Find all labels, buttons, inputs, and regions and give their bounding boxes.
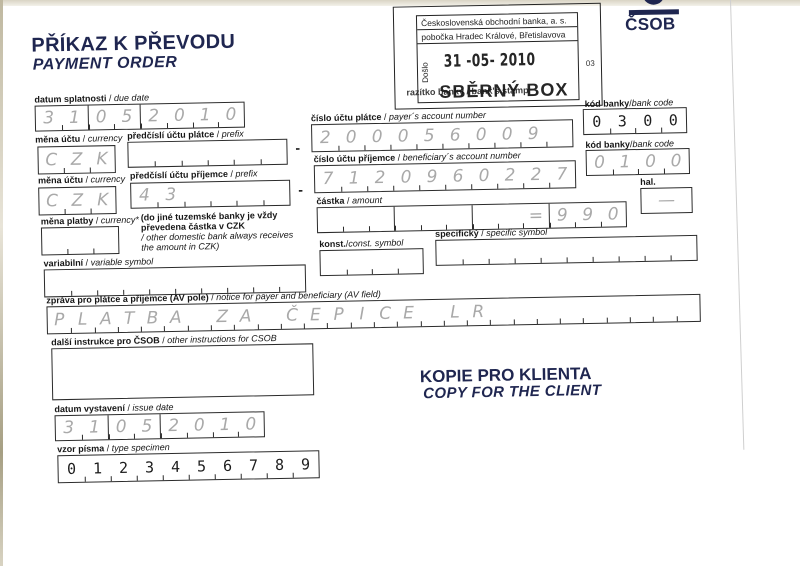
- digit-cell: B: [141, 305, 165, 331]
- digit-cell: 6: [445, 163, 471, 189]
- digit-cell: 3: [609, 109, 635, 133]
- digit-cell: 0: [471, 163, 497, 189]
- digit-value: E: [310, 305, 321, 325]
- digit-cell: 5: [416, 123, 442, 149]
- digit-cell: [210, 182, 237, 207]
- digit-value: Z: [216, 307, 228, 327]
- digit-value: 0: [592, 113, 601, 131]
- digit-cell: 0: [338, 124, 364, 150]
- digit-cell: 9: [292, 451, 318, 477]
- digit-value: I: [359, 304, 364, 324]
- digit-cell: [260, 140, 287, 165]
- digit-cell: 8: [266, 452, 292, 478]
- payer-bank-code-field[interactable]: 0300: [583, 107, 687, 135]
- other-instructions-value: [52, 349, 53, 399]
- digit-cell: L: [443, 299, 467, 325]
- digit-cell: [471, 205, 498, 230]
- digit-cell: K: [90, 187, 116, 213]
- variable-symbol-label: variabilní / variable symbol: [44, 256, 154, 268]
- digit-cell: 3: [56, 416, 82, 440]
- digit-cell: 0: [663, 149, 689, 173]
- digit-cell: [670, 236, 696, 260]
- digit-cell: P: [47, 307, 71, 333]
- digit-cell: 1: [61, 106, 87, 130]
- digit-cell: [566, 238, 592, 262]
- digit-cell: C: [38, 147, 64, 173]
- digit-value: 4: [139, 185, 150, 205]
- payment-currency-label: měna platby / currency*: [41, 215, 139, 227]
- digit-value: 5: [141, 416, 152, 436]
- digit-cell: [540, 238, 566, 262]
- digit-value: 7: [249, 456, 258, 474]
- digit-cell: 5: [134, 414, 160, 438]
- stamp-number: 03: [586, 59, 595, 68]
- digit-cell: 2: [523, 162, 549, 188]
- beneficiary-currency-label: měna účtu / currency: [38, 174, 125, 186]
- digit-value: B: [146, 308, 158, 328]
- digit-cell: [368, 207, 394, 231]
- digit-value: 3: [63, 418, 74, 438]
- digit-cell: 0: [186, 413, 212, 437]
- payer-currency-field[interactable]: CZK: [37, 145, 116, 174]
- digit-value: 0: [96, 107, 107, 127]
- form-title-cz: PŘÍKAZ K PŘEVODU: [31, 31, 235, 58]
- digit-value: 0: [174, 106, 185, 126]
- form-title-en: PAYMENT ORDER: [33, 54, 178, 75]
- beneficiary-prefix-field[interactable]: 43: [130, 180, 290, 209]
- digit-cell: 0: [660, 108, 686, 132]
- digit-cell: 0: [58, 456, 84, 482]
- digit-cell: [397, 249, 423, 273]
- digit-value: =: [529, 206, 544, 226]
- digit-cell: [629, 296, 653, 322]
- digit-value: 1: [220, 415, 231, 435]
- digit-cell: [187, 304, 211, 330]
- digit-cell: [606, 296, 630, 322]
- digit-value: 0: [643, 112, 652, 130]
- other-instructions-field[interactable]: [51, 343, 314, 400]
- digit-value: 9: [301, 455, 310, 473]
- digit-cell: [93, 227, 119, 253]
- digit-cell: 6: [442, 122, 468, 148]
- digit-value: 3: [145, 458, 154, 476]
- digit-cell: P: [327, 302, 351, 328]
- payment-currency-field[interactable]: [41, 226, 120, 255]
- digit-cell: 4: [131, 183, 158, 208]
- payment-order-form: PŘÍKAZ K PŘEVODU PAYMENT ORDER Českoslov…: [0, 0, 800, 566]
- digit-value: 0: [194, 415, 205, 435]
- digit-value: R: [472, 302, 484, 322]
- digit-cell: [201, 267, 227, 293]
- cents-field[interactable]: —: [640, 187, 692, 214]
- payer-currency-label: měna účtu / currency: [35, 133, 122, 145]
- constant-symbol-label: konst./const. symbol: [319, 238, 403, 250]
- digit-value: C: [45, 150, 57, 170]
- digit-cell: [488, 239, 514, 263]
- digit-cell: A: [164, 305, 188, 331]
- digit-cell: 0: [364, 124, 390, 150]
- digit-cell: [676, 295, 700, 321]
- digit-cell: 0: [638, 150, 664, 174]
- digit-cell: Č: [280, 302, 304, 328]
- digit-cell: 5: [188, 453, 214, 479]
- digit-cell: [318, 208, 344, 232]
- digit-cell: [513, 298, 537, 324]
- digit-value: 2: [168, 416, 179, 436]
- digit-value: A: [240, 306, 252, 326]
- digit-value: 1: [619, 152, 630, 172]
- digit-cell: 2: [140, 104, 167, 129]
- digit-value: A: [170, 308, 182, 328]
- digit-cell: [462, 240, 488, 264]
- digit-cell: 0: [635, 109, 661, 133]
- digit-cell: 1: [81, 415, 107, 439]
- digit-cell: 6: [214, 453, 240, 479]
- digit-value: 9: [528, 124, 539, 144]
- digit-cell: [71, 269, 97, 295]
- digit-value: 0: [67, 460, 76, 478]
- beneficiary-account-field[interactable]: 7120960227: [314, 160, 576, 193]
- digit-cell: [536, 298, 560, 324]
- digit-cell: [490, 298, 514, 324]
- digit-value: 0: [476, 125, 487, 145]
- digit-value: K: [96, 149, 108, 169]
- digit-cell: L: [71, 306, 95, 332]
- digit-value: Č: [286, 306, 298, 326]
- digit-value: 2: [119, 459, 128, 477]
- digit-value: 5: [424, 126, 435, 146]
- digit-value: K: [97, 190, 109, 210]
- digit-value: P: [54, 310, 65, 330]
- digit-cell: [184, 182, 211, 207]
- digit-cell: 0: [584, 110, 610, 134]
- digit-cell: 9: [575, 203, 601, 227]
- digit-cell: [546, 120, 572, 146]
- digit-cell: 0: [218, 103, 244, 127]
- digit-cell: 1: [192, 103, 218, 127]
- digit-value: 0: [608, 204, 619, 224]
- digit-cell: 1: [612, 150, 638, 174]
- digit-value: 0: [116, 417, 127, 437]
- digit-value: 2: [504, 165, 515, 185]
- digit-cell: [227, 266, 253, 292]
- digit-cell: [592, 237, 618, 261]
- digit-value: 7: [556, 164, 567, 184]
- digit-cell: 2: [160, 414, 187, 439]
- digit-cell: Z: [210, 304, 234, 330]
- digit-cell: 0: [393, 164, 419, 190]
- copy-label-en: COPY FOR THE CLIENT: [423, 382, 601, 402]
- digit-cell: [514, 239, 540, 263]
- digit-cell: 1: [212, 413, 238, 437]
- digit-value: 0: [400, 167, 411, 187]
- digit-cell: [644, 236, 670, 260]
- digit-cell: [279, 265, 305, 291]
- digit-value: 5: [197, 457, 206, 475]
- digit-cell: [420, 206, 446, 230]
- digit-cell: [45, 270, 71, 296]
- digit-cell: [420, 300, 444, 326]
- digit-cell: [155, 142, 182, 167]
- digit-cell: 0: [390, 123, 416, 149]
- digit-cell: [175, 267, 201, 293]
- issue-date-field[interactable]: 31052010: [55, 411, 265, 441]
- digit-value: A: [100, 309, 112, 329]
- digit-cell: [653, 295, 677, 321]
- specific-symbol-field[interactable]: [435, 235, 697, 266]
- digit-value: Z: [71, 191, 83, 211]
- digit-cell: 2: [312, 125, 338, 151]
- digit-cell: [263, 181, 290, 206]
- digit-cell: [42, 228, 68, 254]
- digit-cell: 3: [136, 454, 162, 480]
- csob-logo: ČSOB: [625, 0, 686, 39]
- digit-cell: R: [466, 299, 490, 325]
- digit-cell: C: [373, 301, 397, 327]
- digit-value: 2: [320, 128, 331, 148]
- digit-cell: [394, 206, 421, 231]
- digit-cell: [346, 250, 372, 274]
- prefix-separator: -: [295, 140, 300, 156]
- digit-cell: 9: [419, 164, 445, 190]
- digit-cell: 2: [110, 455, 136, 481]
- digit-cell: E: [397, 300, 421, 326]
- digit-cell: 7: [240, 452, 266, 478]
- digit-value: 3: [165, 185, 176, 205]
- payer-account-field[interactable]: 200056009: [311, 119, 573, 152]
- digit-value: 9: [557, 205, 568, 225]
- digit-value: 0: [478, 166, 489, 186]
- digit-cell: [446, 205, 472, 229]
- digit-cell: [257, 303, 281, 329]
- digit-cell: A: [234, 303, 258, 329]
- digit-cell: [560, 297, 584, 323]
- digit-cell: 1: [341, 165, 367, 191]
- digit-cell: [253, 266, 279, 292]
- digit-cell: 5: [114, 105, 140, 129]
- digit-cell: 0: [107, 415, 134, 440]
- digit-value: 2: [530, 165, 541, 185]
- due-date-field[interactable]: 31052010: [35, 102, 245, 132]
- digit-cell: 7: [549, 161, 575, 187]
- digit-cell: [498, 204, 524, 228]
- digit-value: 6: [223, 457, 232, 475]
- digit-value: C: [46, 191, 58, 211]
- digit-cell: 0: [166, 104, 192, 128]
- digit-cell: A: [94, 306, 118, 332]
- digit-value: 9: [426, 167, 437, 187]
- digit-value: 4: [171, 458, 180, 476]
- digit-cell: [436, 240, 462, 264]
- logo-mark-icon: [642, 0, 664, 5]
- prefix-separator: -: [298, 181, 303, 197]
- digit-cell: 1: [84, 455, 110, 481]
- digit-cell: [67, 228, 93, 254]
- digit-cell: 9: [548, 203, 575, 228]
- type-specimen-field: 0123456789: [57, 450, 319, 483]
- digit-cell: [236, 181, 263, 206]
- digit-cell: [181, 141, 208, 166]
- beneficiary-prefix-label: předčíslí účtu příjemce / prefix: [130, 168, 258, 180]
- digit-value: P: [333, 305, 344, 325]
- digit-cell: 2: [367, 165, 393, 191]
- digit-value: 0: [594, 153, 605, 173]
- digit-cell: T: [117, 306, 141, 332]
- digit-cell: =: [523, 204, 549, 228]
- digit-value: 3: [43, 108, 54, 128]
- digit-value: T: [124, 309, 135, 329]
- digit-value: 1: [89, 417, 100, 437]
- digit-cell: 0: [494, 121, 520, 147]
- beneficiary-bank-code-field[interactable]: 0100: [586, 148, 690, 176]
- digit-cell: 3: [157, 183, 184, 208]
- digit-value: 0: [225, 105, 236, 125]
- digit-value: L: [450, 302, 460, 322]
- digit-value: 6: [452, 166, 463, 186]
- digit-value: C: [379, 304, 391, 324]
- stamp-received-label: Došlo: [421, 62, 430, 83]
- digit-cell: I: [350, 301, 374, 327]
- digit-cell: 0: [87, 105, 114, 130]
- digit-value: 0: [346, 127, 357, 147]
- amount-label: částka / amount: [316, 195, 382, 206]
- digit-value: 0: [669, 111, 678, 129]
- digit-value: 1: [348, 168, 359, 188]
- digit-cell: 7: [315, 166, 341, 192]
- digit-cell: [149, 268, 175, 294]
- constant-symbol-field[interactable]: [319, 248, 423, 276]
- digit-cell: [128, 142, 155, 167]
- digit-value: 2: [374, 168, 385, 188]
- digit-value: Z: [71, 150, 83, 170]
- digit-value: 0: [670, 151, 681, 171]
- digit-cell: E: [304, 302, 328, 328]
- currency-note: (do jiné tuzemské banky je vždy převeden…: [141, 210, 302, 253]
- digit-value: 3: [618, 112, 627, 130]
- digit-cell: [123, 268, 149, 294]
- digit-cell: [97, 269, 123, 295]
- digit-cell: [343, 207, 369, 231]
- digit-cell: K: [89, 146, 115, 172]
- digit-value: 0: [502, 124, 513, 144]
- digit-value: E: [403, 303, 414, 323]
- digit-value: 0: [372, 127, 383, 147]
- digit-value: 8: [275, 456, 284, 474]
- digit-cell: 4: [162, 454, 188, 480]
- digit-value: 7: [322, 169, 333, 189]
- digit-value: 6: [450, 125, 461, 145]
- digit-cell: 0: [600, 202, 626, 226]
- logo-text: ČSOB: [625, 14, 676, 35]
- digit-cell: Z: [65, 188, 91, 214]
- digit-cell: [320, 251, 346, 275]
- digit-cell: 2: [497, 162, 523, 188]
- digit-cell: [371, 250, 397, 274]
- digit-value: 0: [245, 414, 256, 434]
- digit-cell: 0: [238, 412, 264, 436]
- digit-value: 0: [645, 152, 656, 172]
- digit-value: 1: [69, 108, 80, 128]
- cents-label: hal.: [640, 177, 656, 187]
- digit-cell: [207, 141, 234, 166]
- digit-value: 1: [93, 459, 102, 477]
- digit-cell: 0: [468, 122, 494, 148]
- digit-value: 2: [148, 106, 159, 126]
- beneficiary-currency-field[interactable]: CZK: [38, 186, 117, 215]
- digit-value: 5: [121, 107, 132, 127]
- digit-value: 9: [582, 205, 593, 225]
- cents-value: —: [658, 190, 675, 210]
- digit-value: 0: [398, 126, 409, 146]
- digit-cell: [618, 237, 644, 261]
- digit-cell: 9: [520, 121, 546, 147]
- digit-cell: 3: [36, 106, 62, 130]
- stamp-date: 31 -05- 2010: [444, 50, 536, 72]
- digit-cell: Z: [64, 147, 90, 173]
- payer-prefix-field[interactable]: [127, 139, 287, 168]
- digit-cell: C: [39, 188, 65, 214]
- digit-cell: [583, 297, 607, 323]
- digit-value: L: [78, 310, 88, 330]
- digit-value: 1: [200, 105, 211, 125]
- digit-cell: [234, 140, 261, 165]
- digit-cell: 0: [587, 151, 613, 175]
